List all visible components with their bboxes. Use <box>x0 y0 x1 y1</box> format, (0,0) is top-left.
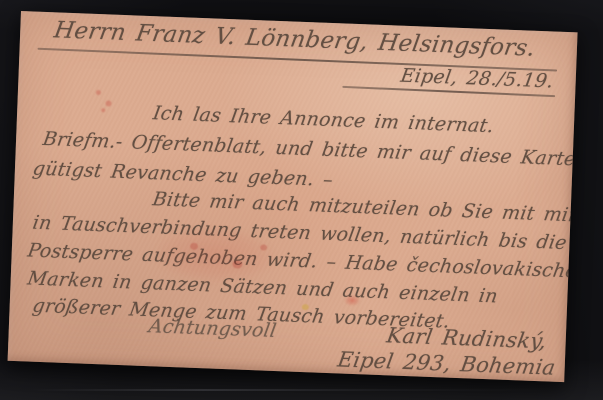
address-line: Herrn Franz V. Lönnberg, Helsingsfors. <box>52 17 537 61</box>
signature-name: Karl Rudinský, <box>385 323 548 353</box>
red-ink-dot <box>101 108 105 112</box>
red-ink-dot <box>105 100 111 106</box>
body-line: gütigst Revanche zu geben. – <box>31 158 335 191</box>
body-line: Ich las Ihre Annonce im internat. <box>151 102 495 137</box>
red-ink-dot <box>96 90 101 95</box>
dateline: Eipel, 28./5.19. <box>399 65 555 93</box>
photo-background: Herrn Franz V. Lönnberg, Helsingsfors. E… <box>0 0 603 400</box>
red-cancel-fragment <box>344 295 360 307</box>
postcard: Herrn Franz V. Lönnberg, Helsingsfors. E… <box>8 11 578 382</box>
closing-line: Achtungsvoll <box>147 315 278 342</box>
background-streak <box>30 389 550 391</box>
